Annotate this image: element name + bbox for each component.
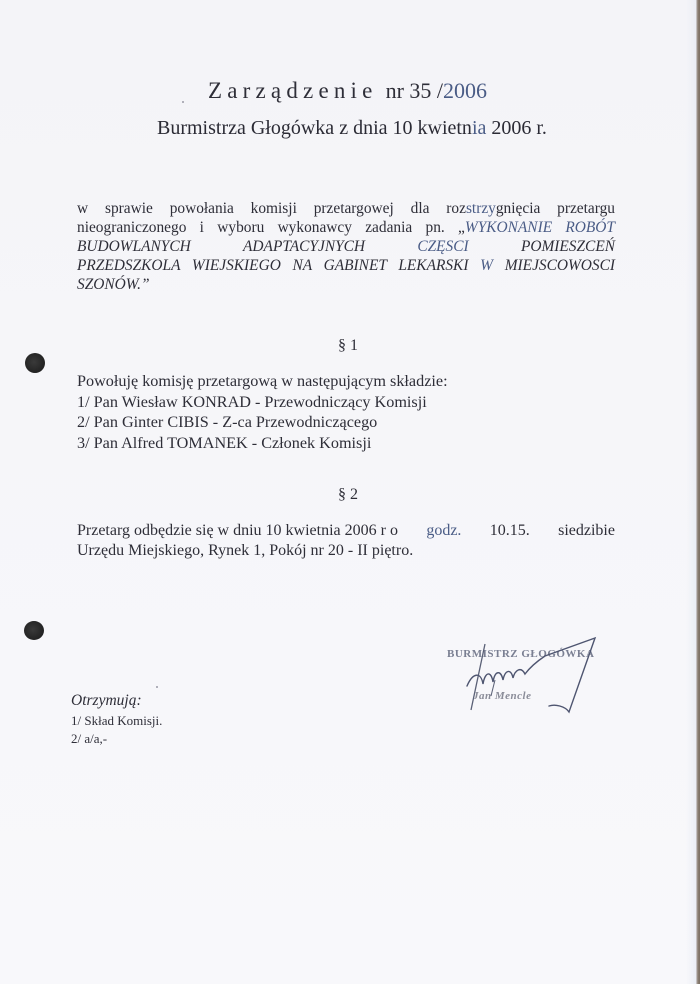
speck [156,686,158,688]
subtitle-text-blue: ia [472,117,486,139]
title-word: Zarządzenie [208,78,378,103]
subtitle-text-end: 2006 r. [486,117,547,139]
subject-line-1: w sprawie powołania komisji przetargowej… [77,199,615,218]
text: w sprawie powołania komisji przetargowej… [77,200,466,217]
task-text: MIEJSCOWOSCI [493,257,615,274]
title-number: nr 35 / [386,78,443,103]
committee-member: 1/ Pan Wiesław KONRAD - Przewodniczący K… [77,392,448,413]
task-word: ADAPTACYJNYCH [243,237,365,256]
committee-intro: Powołuję komisję przetargową w następują… [77,371,448,392]
committee-member: 3/ Pan Alfred TOMANEK - Członek Komisji [77,433,448,454]
subject-line-2: nieograniczonego i wyboru wykonawcy zada… [77,218,615,237]
text: gnięcia przetargu [496,200,615,217]
committee-list: Powołuję komisję przetargową w następują… [77,371,448,453]
task-word: BUDOWLANYCH [77,237,191,256]
signature-icon [445,636,625,716]
text: Przetarg odbędzie się w dniu 10 kwietnia… [77,521,398,541]
recipient-item: 2/ a/a,- [71,731,162,749]
venue-line-1: Przetarg odbędzie się w dniu 10 kwietnia… [77,521,615,541]
speck [182,101,184,103]
recipient-item: 1/ Skład Komisji. [71,713,162,731]
scanned-document-page: Zarządzenienr 35 /2006 Burmistrza Głogów… [0,0,700,984]
subject-paragraph: w sprawie powołania komisji przetargowej… [77,199,615,294]
task-name-italic: WYKONANIE ROBÓT [465,219,615,236]
subject-line-4: PRZEDSZKOLA WIEJSKIEGO NA GABINET LEKARS… [77,256,615,275]
signature-stamp: BURMISTRZ GŁOGÓWKA Jan Mencle [445,636,625,716]
text: siedzibie [558,521,615,541]
venue-line-2: Urzędu Miejskiego, Rynek 1, Pokój nr 20 … [77,541,615,561]
task-word: CZĘSCI [417,237,468,256]
subject-line-3: BUDOWLANYCH ADAPTACYJNYCH CZĘSCI POMIESZ… [77,237,615,256]
tender-venue-paragraph: Przetarg odbędzie się w dniu 10 kwietnia… [77,521,615,561]
page-edge-shadow [686,0,696,984]
time-text: 10.15. [490,521,530,541]
section-1-heading: § 1 [338,337,358,355]
document-subtitle: Burmistrza Głogówka z dnia 10 kwietnia 2… [157,117,547,140]
punch-hole-icon [25,353,45,373]
subject-line-5: SZONÓW.” [77,275,615,294]
text-blue: godz. [426,521,461,541]
task-text: SZONÓW.” [77,276,150,293]
text-blue: strzy [466,200,496,217]
text: nieograniczonego i wyboru wykonawcy zada… [77,219,465,236]
recipients-label: Otrzymują: [71,692,162,713]
task-text-blue: W [480,257,493,274]
punch-hole-icon [24,621,44,640]
section-2-heading: § 2 [338,486,358,504]
task-word: POMIESZCEŃ [521,237,615,256]
title-year: 2006 [443,78,487,103]
committee-member: 2/ Pan Ginter CIBIS - Z-ca Przewodnicząc… [77,412,448,433]
page-edge [696,0,700,984]
subtitle-text: Burmistrza Głogówka z dnia 10 kwietn [157,117,472,139]
task-text: PRZEDSZKOLA WIEJSKIEGO NA GABINET LEKARS… [77,257,480,274]
document-title: Zarządzenienr 35 /2006 [208,78,487,104]
recipients-block: Otrzymują: 1/ Skład Komisji. 2/ a/a,- [71,692,162,749]
